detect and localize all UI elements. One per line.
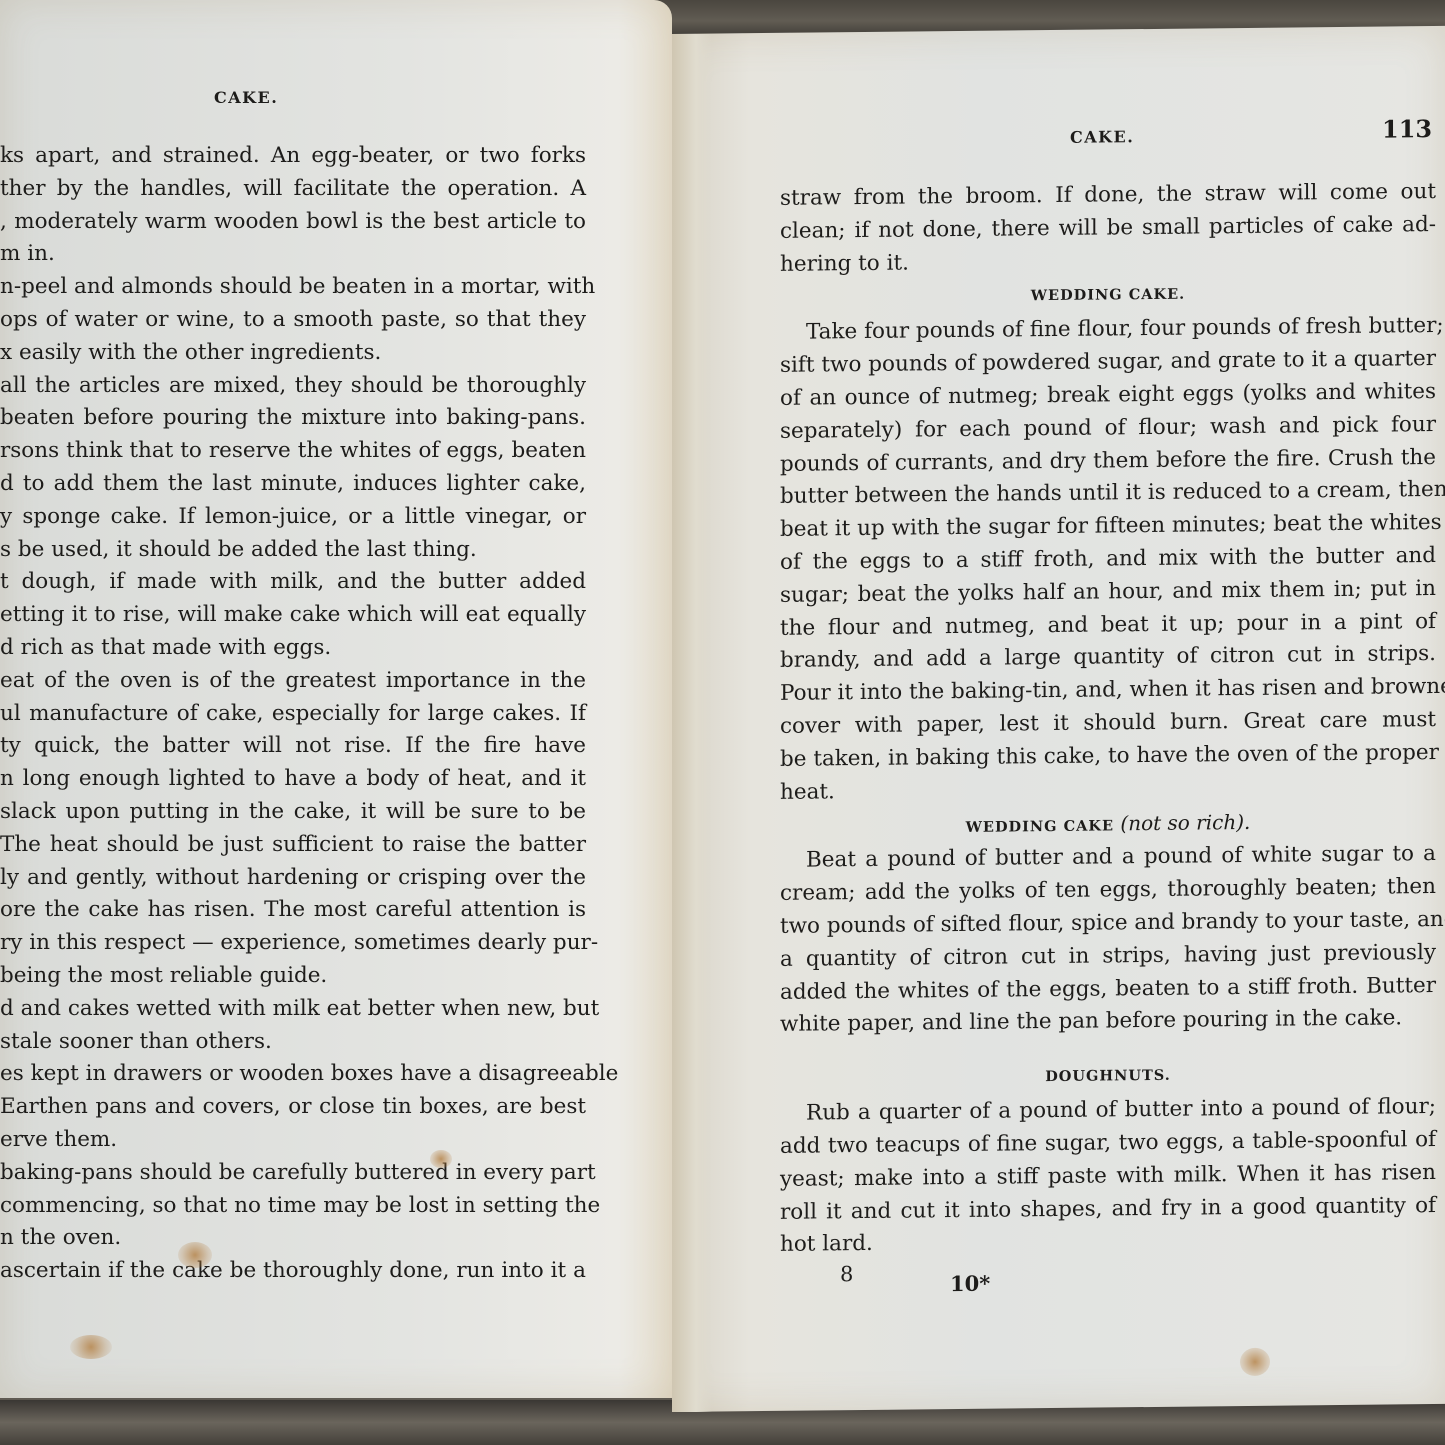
text-line: d to add them the last minute, induces l…	[0, 468, 586, 501]
text-line: d rich as that made with eggs.	[0, 632, 586, 665]
text-line: ul manufacture of cake, especially for l…	[0, 698, 586, 731]
text-line: Earthen pans and covers, or close tin bo…	[0, 1091, 586, 1124]
text-line: ks apart, and strained. An egg-beater, o…	[0, 140, 586, 173]
running-head-left: CAKE.	[214, 88, 278, 107]
text-line: all the articles are mixed, they should …	[0, 370, 586, 403]
book-gutter	[672, 34, 712, 1412]
text-line: s be used, it should be added the last t…	[0, 534, 586, 567]
text-line: t dough, if made with milk, and the butt…	[0, 566, 586, 599]
text-line: ore the cake has risen. The most careful…	[0, 894, 586, 927]
text-line: beaten before pouring the mixture into b…	[0, 402, 586, 435]
text-line: slack upon putting in the cake, it will …	[0, 796, 586, 829]
text-line: ther by the handles, will facilitate the…	[0, 173, 586, 206]
text-line: y sponge cake. If lemon-juice, or a litt…	[0, 501, 586, 534]
text-line: ops of water or wine, to a smooth paste,…	[0, 304, 586, 337]
recipe-title-text: DOUGHNUTS.	[1045, 1067, 1171, 1085]
recipe-title-suffix: (not so rich).	[1114, 810, 1250, 835]
paper-stain	[178, 1242, 212, 1268]
page-number: 113	[1382, 114, 1432, 144]
text-line: The heat should be just sufficient to ra…	[0, 829, 586, 862]
text-line: rsons think that to reserve the whites o…	[0, 435, 586, 468]
text-line: eat of the oven is of the greatest impor…	[0, 665, 586, 698]
text-line: m in.	[0, 238, 586, 271]
text-line: baking-pans should be carefully buttered…	[0, 1157, 586, 1190]
paper-stain	[1240, 1348, 1270, 1376]
text-line: ty quick, the batter will not rise. If t…	[0, 730, 586, 763]
right-page-text: straw from the broom. If done, the straw…	[780, 176, 1436, 1262]
text-line: d and cakes wetted with milk eat better …	[0, 993, 586, 1026]
text-line: x easily with the other ingredients.	[0, 337, 586, 370]
text-line: stale sooner than others.	[0, 1026, 586, 1059]
text-line: es kept in drawers or wooden boxes have …	[0, 1058, 586, 1091]
text-line: n the oven.	[0, 1222, 586, 1255]
text-line: ascertain if the cake be thoroughly done…	[0, 1255, 586, 1288]
text-line: n-peel and almonds should be beaten in a…	[0, 271, 586, 304]
text-line: clean; if not done, there will be small …	[780, 209, 1436, 249]
paper-stain	[70, 1335, 112, 1359]
text-line: commencing, so that no time may be lost …	[0, 1190, 586, 1223]
paper-stain	[430, 1150, 452, 1168]
left-page: CAKE. ks apart, and strained. An egg-bea…	[0, 0, 672, 1398]
text-line: erve them.	[0, 1124, 586, 1157]
signature-star: 10*	[950, 1271, 990, 1296]
signature-mark: 8	[840, 1262, 853, 1286]
text-line: be taken, in baking this cake, to have t…	[780, 737, 1436, 777]
text-line: hot lard.	[780, 1222, 1436, 1262]
text-line: n long enough lighted to have a body of …	[0, 763, 586, 796]
text-line: , moderately warm wooden bowl is the bes…	[0, 206, 586, 239]
running-head-right: CAKE.	[1070, 127, 1134, 147]
recipe-title-text: WEDDING CAKE	[966, 818, 1114, 837]
text-line: white paper, and line the pan before pou…	[780, 1002, 1436, 1042]
text-line: ry in this respect — experience, sometim…	[0, 927, 586, 960]
recipe-title-text: WEDDING CAKE.	[1031, 286, 1185, 305]
text-line: ly and gently, without hardening or cris…	[0, 862, 586, 895]
text-line: etting it to rise, will make cake which …	[0, 599, 586, 632]
text-line: being the most reliable guide.	[0, 960, 586, 993]
left-page-text: ks apart, and strained. An egg-beater, o…	[0, 140, 586, 1288]
right-page: CAKE. 113 straw from the broom. If done,…	[672, 26, 1445, 1412]
